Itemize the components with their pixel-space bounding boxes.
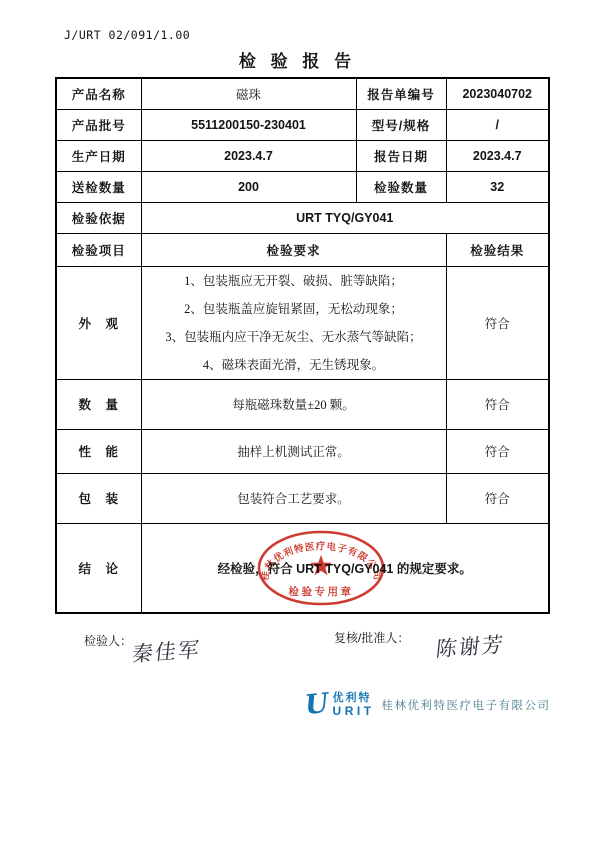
footer: U 优利特 URIT 桂林优利特医疗电子有限公司 bbox=[305, 691, 551, 718]
column-item: 检验项目 bbox=[56, 233, 141, 266]
appearance-item-label: 外 观 bbox=[56, 266, 141, 379]
table-row: 产品批号 5511200150-230401 型号/规格 / bbox=[56, 109, 549, 140]
quantity-item-label: 数 量 bbox=[56, 379, 141, 429]
table-header-row: 检验项目 检验要求 检验结果 bbox=[56, 233, 549, 266]
packaging-row: 包 装 包装符合工艺要求。 符合 bbox=[56, 473, 549, 523]
appearance-row: 外 观 1、包装瓶应无开裂、破损、脏等缺陷； 2、包装瓶盖应旋钮紧固，无松动现象… bbox=[56, 266, 549, 379]
company-name: 桂林优利特医疗电子有限公司 bbox=[382, 697, 551, 713]
appearance-requirements: 1、包装瓶应无开裂、破损、脏等缺陷； 2、包装瓶盖应旋钮紧固，无松动现象； 3、… bbox=[141, 266, 446, 379]
packaging-item-label: 包 装 bbox=[56, 473, 141, 523]
inspected-qty-value: 32 bbox=[446, 171, 549, 202]
inspector-label: 检验人： bbox=[84, 632, 132, 649]
urit-logo-icon: U bbox=[304, 690, 330, 719]
table-row: 产品名称 磁珠 报告单编号 2023040702 bbox=[56, 78, 549, 109]
requirement-line: 3、包装瓶内应干净无灰尘、无水蒸气等缺陷； bbox=[144, 323, 444, 351]
quantity-row: 数 量 每瓶磁珠数量±20 颗。 符合 bbox=[56, 379, 549, 429]
requirement-line: 4、磁珠表面光滑，无生锈现象。 bbox=[144, 351, 444, 379]
logo-text-stack: 优利特 URIT bbox=[333, 693, 375, 717]
column-result: 检验结果 bbox=[446, 233, 549, 266]
model-spec-label: 型号/规格 bbox=[356, 109, 446, 140]
conclusion-text: 经检验，符合 URT TYQ/GY041 的规定要求。 bbox=[141, 523, 549, 613]
inspected-qty-label: 检验数量 bbox=[356, 171, 446, 202]
performance-requirement: 抽样上机测试正常。 bbox=[141, 429, 446, 473]
product-name-value: 磁珠 bbox=[141, 78, 356, 109]
packaging-requirement: 包装符合工艺要求。 bbox=[141, 473, 446, 523]
performance-result: 符合 bbox=[446, 429, 549, 473]
packaging-result: 符合 bbox=[446, 473, 549, 523]
table-row: 生产日期 2023.4.7 报告日期 2023.4.7 bbox=[56, 140, 549, 171]
production-date-label: 生产日期 bbox=[56, 140, 141, 171]
report-date-label: 报告日期 bbox=[356, 140, 446, 171]
batch-number-value: 5511200150-230401 bbox=[141, 109, 356, 140]
submitted-qty-label: 送检数量 bbox=[56, 171, 141, 202]
production-date-value: 2023.4.7 bbox=[141, 140, 356, 171]
page-title: 检 验 报 告 bbox=[0, 47, 595, 72]
conclusion-row: 结 论 经检验，符合 URT TYQ/GY041 的规定要求。 bbox=[56, 523, 549, 613]
performance-item-label: 性 能 bbox=[56, 429, 141, 473]
batch-number-label: 产品批号 bbox=[56, 109, 141, 140]
basis-label: 检验依据 bbox=[56, 202, 141, 233]
table-row: 检验依据 URT TYQ/GY041 bbox=[56, 202, 549, 233]
submitted-qty-value: 200 bbox=[141, 171, 356, 202]
column-requirement: 检验要求 bbox=[141, 233, 446, 266]
product-name-label: 产品名称 bbox=[56, 78, 141, 109]
approver-label: 复核/批准人： bbox=[334, 629, 409, 646]
basis-value: URT TYQ/GY041 bbox=[141, 202, 549, 233]
requirement-line: 1、包装瓶应无开裂、破损、脏等缺陷； bbox=[144, 267, 444, 295]
document-number: J/URT 02/091/1.00 bbox=[64, 28, 190, 42]
logo-english-name: URIT bbox=[333, 705, 375, 717]
performance-row: 性 能 抽样上机测试正常。 符合 bbox=[56, 429, 549, 473]
inspector-signature: 秦佳军 bbox=[130, 633, 202, 668]
table-row: 送检数量 200 检验数量 32 bbox=[56, 171, 549, 202]
approver-signature: 陈谢芳 bbox=[434, 628, 506, 663]
report-date-value: 2023.4.7 bbox=[446, 140, 549, 171]
quantity-result: 符合 bbox=[446, 379, 549, 429]
model-spec-value: / bbox=[446, 109, 549, 140]
report-number-label: 报告单编号 bbox=[356, 78, 446, 109]
logo-chinese-name: 优利特 bbox=[333, 693, 375, 704]
report-table: 产品名称 磁珠 报告单编号 2023040702 产品批号 5511200150… bbox=[55, 77, 550, 614]
inspection-report-page: J/URT 02/091/1.00 检 验 报 告 产品名称 磁珠 报告单编号 … bbox=[0, 0, 595, 842]
report-number-value: 2023040702 bbox=[446, 78, 549, 109]
conclusion-label: 结 论 bbox=[56, 523, 141, 613]
quantity-requirement: 每瓶磁珠数量±20 颗。 bbox=[141, 379, 446, 429]
requirement-line: 2、包装瓶盖应旋钮紧固，无松动现象； bbox=[144, 295, 444, 323]
appearance-result: 符合 bbox=[446, 266, 549, 379]
